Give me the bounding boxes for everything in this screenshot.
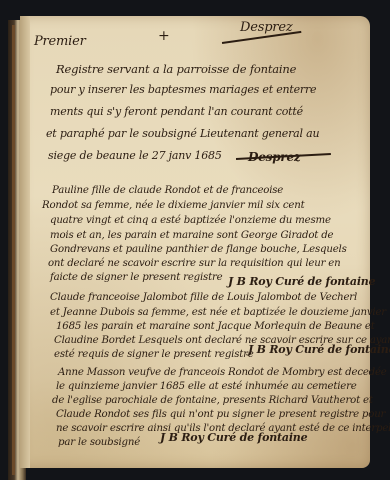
entry-line: quatre vingt et cinq a esté baptizée l'o… (50, 215, 331, 226)
spine-edge (12, 25, 15, 475)
entry-line: Pauline fille de claude Rondot et de fra… (52, 185, 283, 196)
entry-line: Gondrevans et pauline panthier de flange… (50, 244, 347, 255)
preamble-line: siege de beaune le 27 janv 1685 (48, 149, 222, 162)
entry-line: Claude Rondot ses fils qui n'ont pu sign… (56, 409, 385, 420)
entry-signature: J B Roy Curé de fontaine (248, 343, 390, 356)
entry-line: 1685 les parain et maraine sont Jacque M… (56, 321, 375, 332)
entry-line: le quinzieme janvier 1685 elle at esté i… (56, 381, 357, 392)
entry-signature: J B Roy Curé de fontaine (228, 275, 375, 288)
heading-cross-icon: + (158, 28, 170, 44)
entry-line: de l'eglise parochiale de fontaine, pres… (52, 395, 373, 406)
entry-line: faicte de signer le present registre (50, 272, 222, 283)
entry-line: par le soubsigné (58, 437, 140, 448)
entry-line: Rondot sa femme, née le dixieme janvier … (42, 200, 304, 211)
entry-line: mois et an, les parain et maraine sont G… (50, 230, 333, 241)
entry-line: esté requis de signer le present registr… (54, 349, 254, 360)
entry-line: Claude franceoise Jalombot fille de Loui… (50, 292, 357, 303)
heading-left: Premier (34, 34, 86, 49)
preamble-line: ments qui s'y feront pendant l'an couran… (50, 105, 303, 118)
preamble-line: et paraphé par le soubsigné Lieutenant g… (46, 127, 319, 140)
page-gutter (20, 16, 30, 468)
entry-signature: J B Roy Curé de fontaine (160, 431, 307, 444)
entry-line: Anne Masson veufve de franceois Rondot d… (58, 367, 387, 378)
preamble-line: pour y inserer les baptesmes mariages et… (50, 83, 316, 96)
entry-line: ont declaré ne scavoir escrire sur la re… (48, 258, 340, 269)
preamble-line: Registre servant a la parroisse de fonta… (56, 62, 296, 76)
entry-line: et Jeanne Dubois sa femme, est née et ba… (50, 307, 386, 318)
